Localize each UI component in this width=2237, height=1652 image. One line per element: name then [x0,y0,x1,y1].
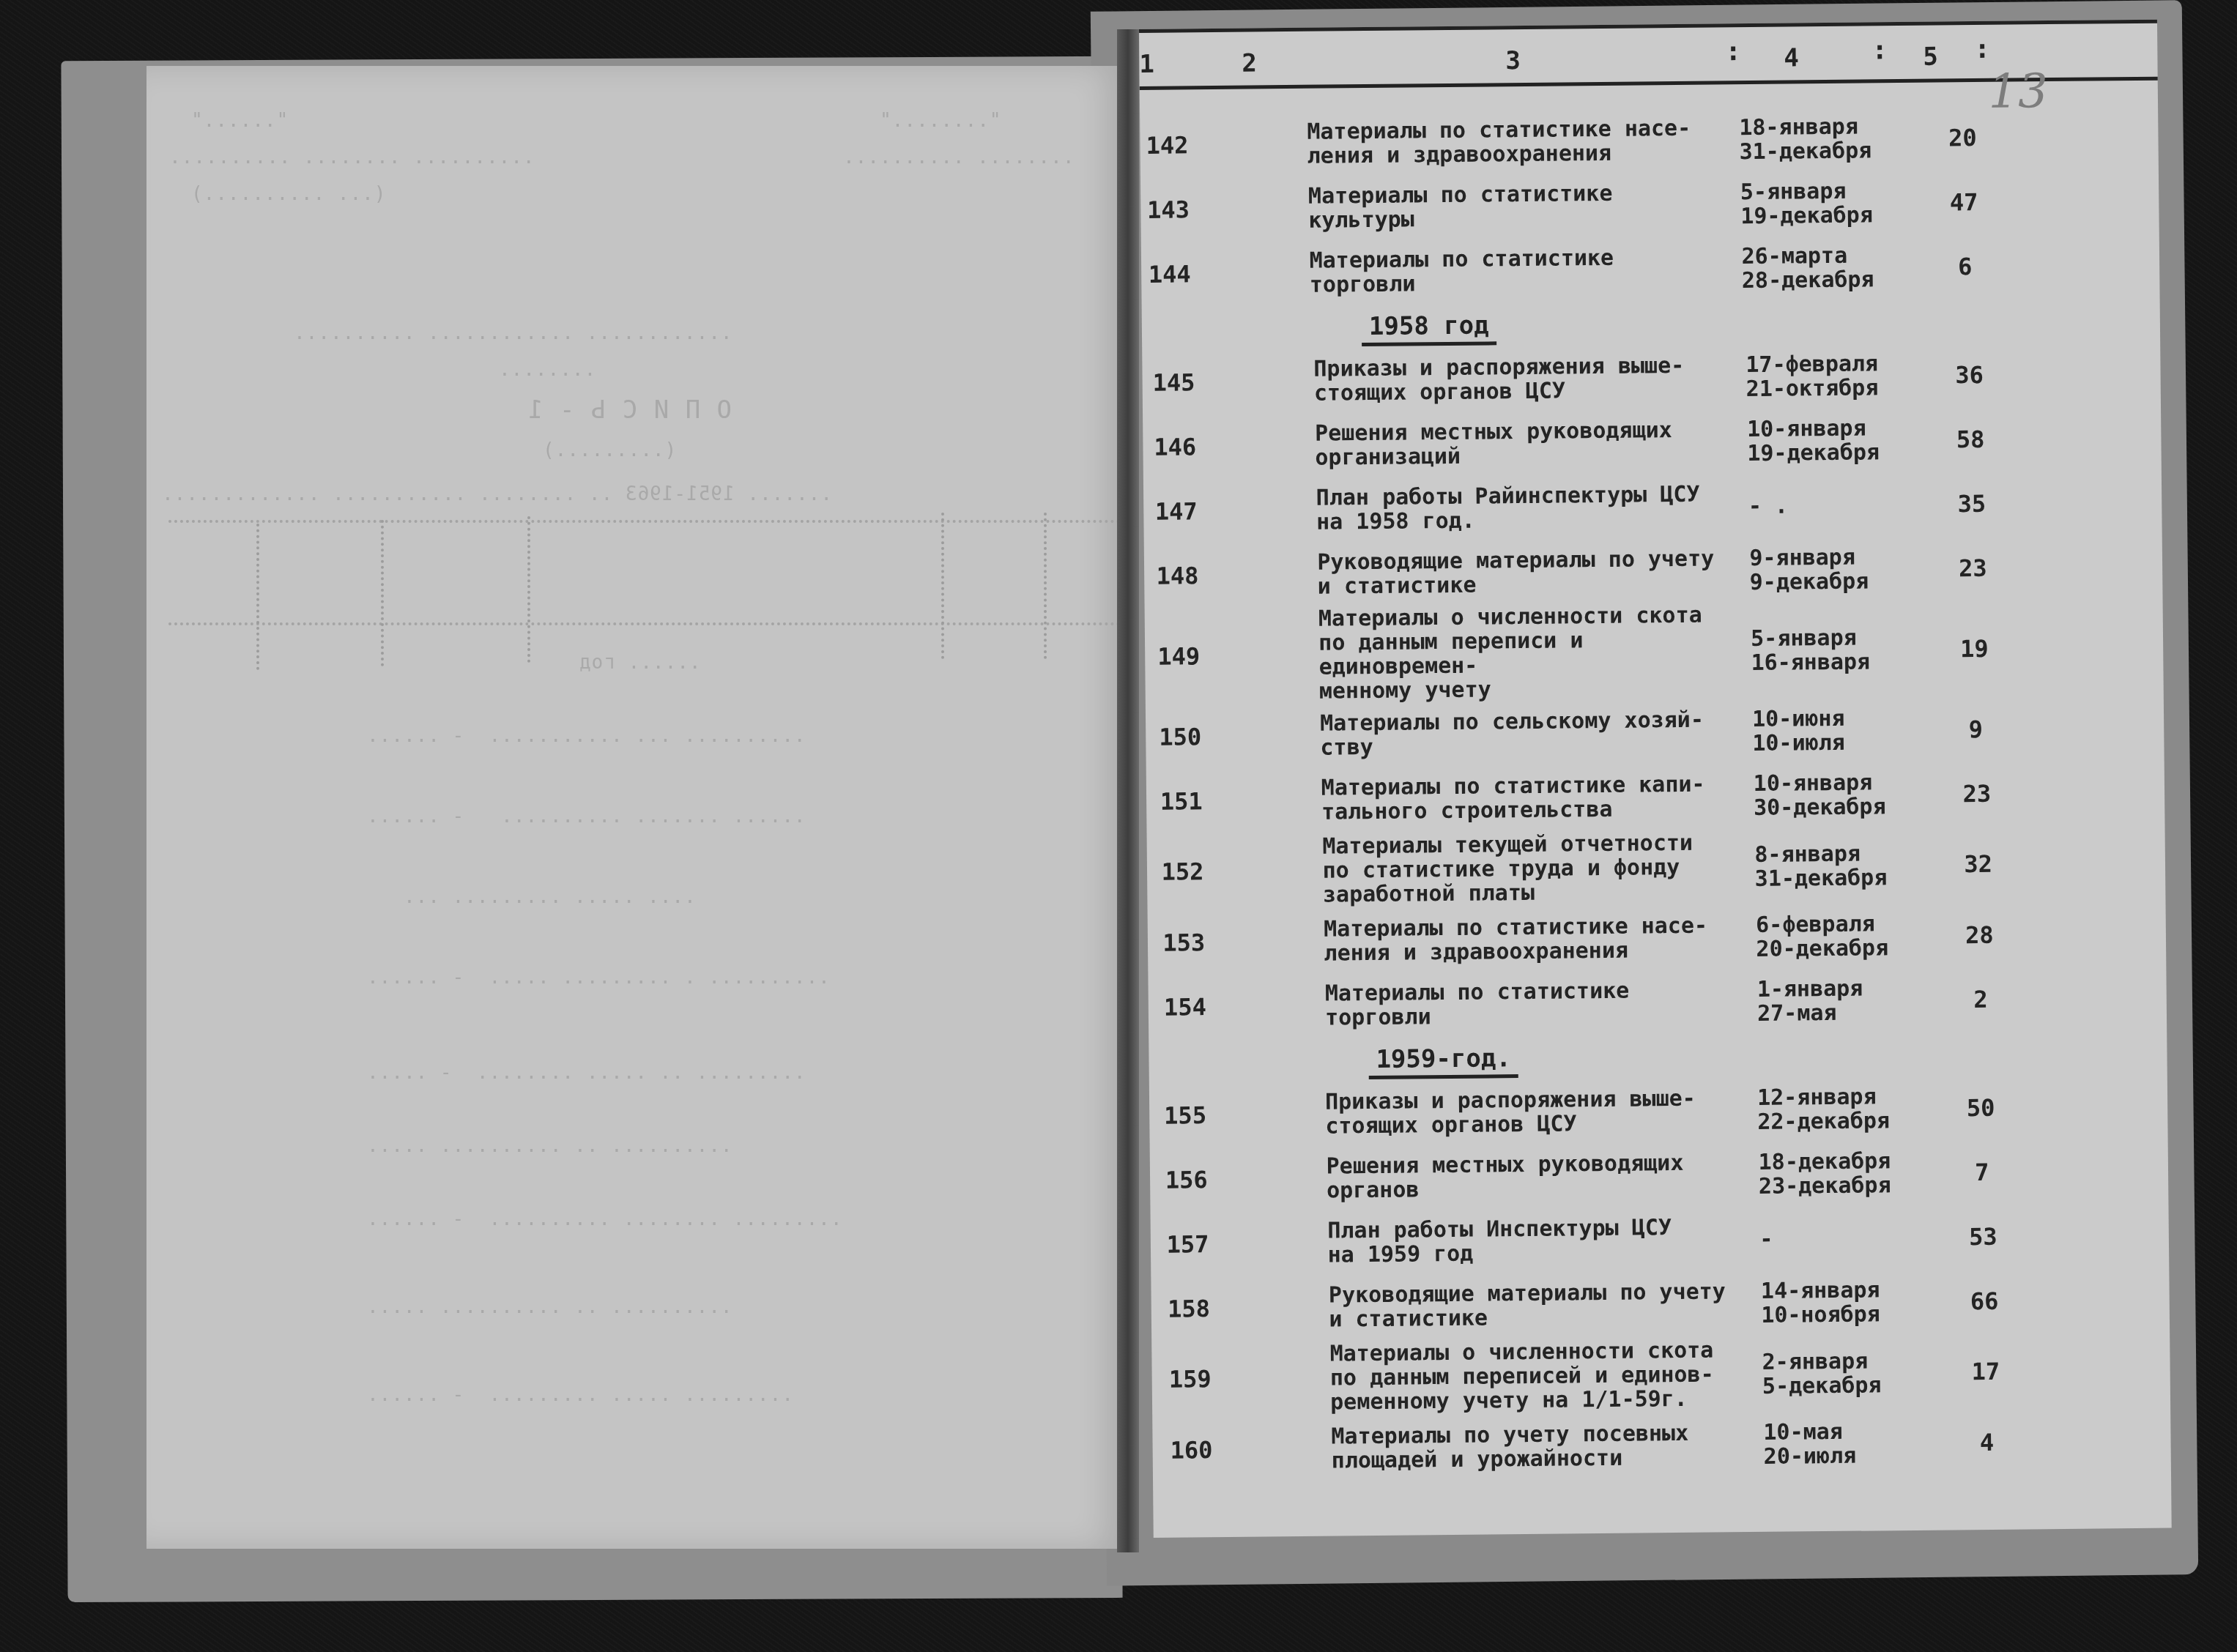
item-number: 148 [1150,562,1317,588]
bleed-text: "........" [879,110,1001,132]
register-row: 143Материалы по статистике культуры5-янв… [1141,168,2159,242]
column-header-2: 2 [1242,48,1257,78]
bleed-text: .......... .. .......... ..... [366,1135,732,1157]
bleed-text: ....... 1951-1963 .. ........ ..........… [161,483,832,505]
column-separator: : [1871,35,1888,65]
item-number: 146 [1148,434,1315,459]
item-dates: 14-января 10-ноября [1754,1278,1945,1328]
item-title: Руководящие материалы по учету и статист… [1317,546,1743,599]
bleed-column-line [1044,513,1047,659]
register-row: 160Материалы по учету посевных площадей … [1164,1409,2171,1483]
item-title: План работы Райинспектуры ЦСУ на 1958 го… [1316,482,1742,535]
register-row: 158Руководящие материалы по учету и стат… [1162,1268,2170,1342]
bleed-text: .......... ... ........... - ...... [366,725,806,747]
column-separator: : [1974,34,1990,64]
item-number: 150 [1153,723,1320,749]
bleed-text: (.........) [542,439,676,461]
item-title: Материалы по учету посевных площадей и у… [1331,1421,1756,1473]
bleed-text: ......... .. ..... ........ - ..... [366,1062,806,1084]
item-sheet-count: 7 [1942,1160,2022,1185]
register-row: 142Материалы по статистике насе- ления и… [1140,104,2159,178]
bleed-table-rule [168,622,1121,625]
item-dates: - . [1741,492,1932,518]
item-title: Материалы по статистике капи- тального с… [1321,772,1747,825]
register-row: 151Материалы по статистике капи- тальног… [1154,760,2165,834]
item-dates: 18-января 31-декабря [1732,114,1923,164]
item-title: Решения местных руководящих организаций [1315,417,1740,470]
bleed-text: "......" [190,110,288,132]
bleed-text: ......... ........ .......... - ...... [366,1208,842,1230]
bleed-text: ............ ............ .......... [293,322,732,344]
item-title: Материалы по статистике насе- ления и зд… [1307,116,1732,168]
register-entries: 142Материалы по статистике насе- ления и… [1140,104,2171,1483]
register-row: 152Материалы текущей отчетности по стати… [1155,825,2165,911]
year-heading-text: 1959-год. [1368,1043,1518,1079]
item-number: 152 [1155,859,1322,885]
item-dates: 18-декабря 23-декабря [1751,1149,1943,1199]
item-dates: 9-января 9-декабря [1742,545,1933,595]
column-header-1: 1 [1139,50,1154,79]
register-row: 156Решения местных руководящих органов18… [1159,1139,2168,1213]
column-header-5: 5 [1923,42,1938,72]
item-number: 151 [1154,788,1321,814]
register-row: 147План работы Райинспектуры ЦСУ на 1958… [1149,470,2162,544]
bleed-text: ......... ..... ......... - ...... [366,1384,793,1406]
item-number: 143 [1141,196,1308,222]
register-row: 145Приказы и распоряжения выше- стоящих … [1146,341,2161,415]
item-dates: 2-января 5-декабря [1755,1348,1946,1398]
bleed-table-rule [168,520,1121,523]
bleed-text: (... ..........) [190,183,385,205]
book-gutter [1117,29,1139,1552]
item-title: Решения местных руководящих органов [1327,1150,1752,1203]
item-sheet-count: 66 [1944,1289,2025,1314]
item-sheet-count: 47 [1923,190,2004,215]
register-row: 146Решения местных руководящих организац… [1148,406,2162,480]
item-title: Приказы и распоряжения выше- стоящих орг… [1325,1086,1751,1139]
item-title: Материалы о численности скота по данным … [1329,1338,1755,1415]
item-number: 154 [1158,994,1325,1019]
bleed-column-line [256,524,259,670]
item-number: 156 [1160,1167,1327,1192]
item-sheet-count: 50 [1940,1095,2021,1120]
item-title: Руководящие материалы по учету и статист… [1329,1279,1754,1332]
item-number: 145 [1146,369,1313,395]
bleed-text: .... ..... ......... ... [403,886,696,908]
register-row: 155Приказы и распоряжения выше- стоящих … [1158,1074,2168,1148]
register-row: 154Материалы по статистике торговли1-янв… [1158,966,2167,1040]
item-title: Материалы о численности скота по данным … [1318,603,1744,704]
bleed-text: .......... ........ .......... [168,146,535,168]
bleed-text: ........ .......... [842,146,1074,168]
item-sheet-count: 58 [1930,427,2011,452]
item-title: Материалы текущей отчетности по статисти… [1322,830,1748,907]
item-title: Материалы по сельскому хозяй- ству [1320,707,1746,760]
bleed-text: .......... . ......... ..... - ...... [366,967,830,989]
register-row: 144Материалы по статистике торговли26-ма… [1142,233,2159,307]
bleed-text: ........ [498,359,596,381]
left-page: "......" "........" .......... ........ … [146,66,1128,1549]
item-dates: - [1752,1225,1943,1251]
item-dates: 10-мая 20-июля [1756,1419,1947,1469]
bleed-column-line [381,520,384,666]
item-dates: 26-марта 28-декабря [1734,243,1925,293]
item-number: 144 [1143,261,1310,286]
item-sheet-count: 23 [1937,781,2017,806]
item-title: Приказы и распоряжения выше- стоящих орг… [1313,353,1739,406]
item-number: 155 [1158,1102,1325,1128]
register-row: 149Материалы о численности скота по данн… [1151,599,2164,705]
item-number: 147 [1149,498,1316,524]
item-dates: 8-января 31-декабря [1747,841,1938,890]
item-number: 157 [1160,1231,1327,1257]
item-title: Материалы по статистике насе- ления и зд… [1324,913,1749,966]
item-sheet-count: 2 [1940,987,2021,1012]
item-sheet-count: 19 [1934,636,2014,661]
item-sheet-count: 36 [1929,362,2009,387]
item-sheet-count: 17 [1945,1359,2026,1384]
item-dates: 1-января 27-мая [1750,976,1941,1026]
item-dates: 12-января 22-декабря [1750,1084,1941,1134]
item-dates: 6-февраля 20-декабря [1748,912,1940,961]
item-dates: 17-февраля 21-октября [1738,351,1929,401]
item-sheet-count: 32 [1937,852,2018,877]
item-dates: 10-января 19-декабря [1740,416,1931,466]
item-number: 158 [1162,1295,1329,1321]
bleed-text: .......... .. .......... ..... [366,1296,732,1318]
item-sheet-count: 9 [1935,717,2016,742]
bleed-column-line [527,516,530,663]
column-separator: : [1725,37,1741,67]
register-row: 150Материалы по сельскому хозяй- ству10-… [1153,696,2164,770]
item-dates: 5-января 16-января [1743,625,1934,675]
right-page-register: 1 2 3 : 4 : 5 : 13 142Материалы по стати… [1139,20,2172,1538]
column-header-3: 3 [1505,46,1521,75]
register-row: 148Руководящие материалы по учету и стат… [1150,535,2162,609]
item-sheet-count: 20 [1922,125,2003,150]
register-row: 153Материалы по статистике насе- ления и… [1157,901,2166,975]
bleed-title: О П И С Ь - 1 [527,395,732,425]
item-sheet-count: 53 [1943,1224,2023,1249]
item-dates: 5-января 19-декабря [1733,179,1924,228]
item-sheet-count: 28 [1939,923,2019,948]
item-title: Материалы по статистике культуры [1308,180,1734,233]
bleed-text: ...... ....... .......... - ...... [366,805,806,827]
register-row: 159Материалы о численности скота по данн… [1162,1332,2170,1418]
bleed-text: ...... год [579,652,701,674]
item-sheet-count: 4 [1946,1430,2027,1455]
item-title: Материалы по статистике торговли [1325,978,1751,1030]
item-number: 159 [1163,1366,1330,1392]
item-title: План работы Инспектуры ЦСУ на 1959 год [1327,1215,1753,1268]
item-number: 153 [1157,929,1324,955]
item-dates: 10-января 30-декабря [1746,770,1937,820]
item-title: Материалы по статистике торговли [1309,245,1735,297]
item-number: 149 [1151,643,1318,669]
register-row: 157План работы Инспектуры ЦСУ на 1959 го… [1160,1203,2169,1277]
item-dates: 10-июня 10-июля [1745,706,1936,756]
item-sheet-count: 6 [1925,254,2006,279]
item-sheet-count: 23 [1932,556,2013,581]
item-number: 160 [1164,1437,1331,1462]
bleed-column-line [941,513,944,659]
item-number: 142 [1140,132,1307,157]
item-sheet-count: 35 [1932,491,2012,516]
year-heading-text: 1958 год [1362,310,1496,346]
column-header-4: 4 [1784,43,1799,72]
